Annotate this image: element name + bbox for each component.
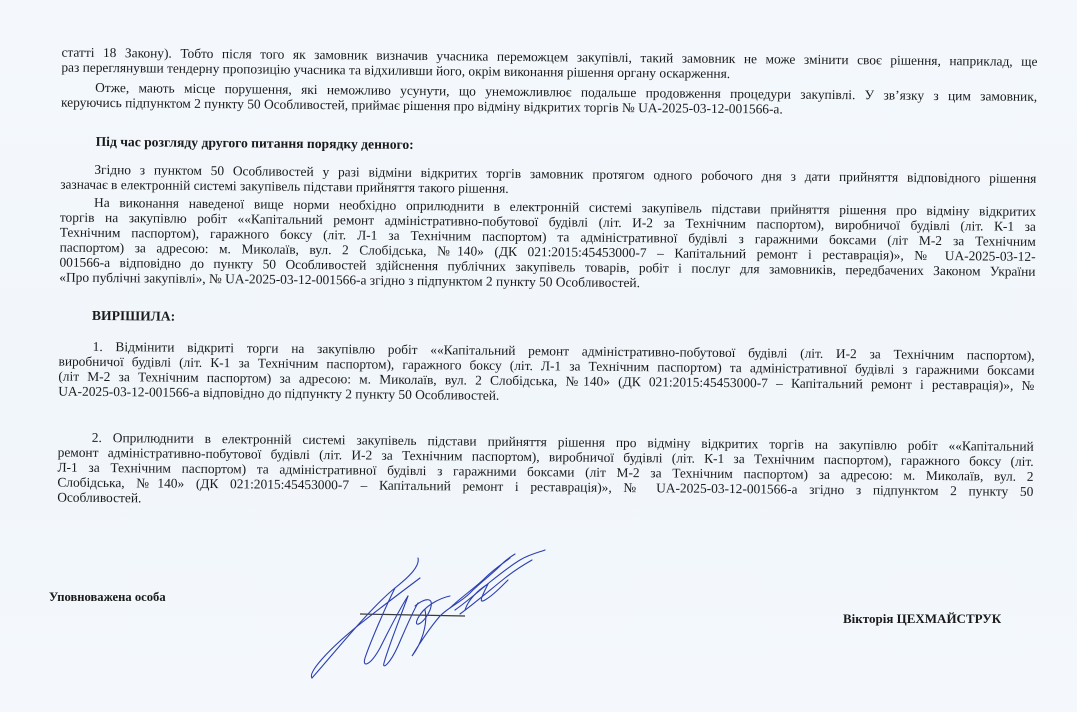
violations-paragraph: Отже, мають місце порушення, які неможли… xyxy=(0,0,1077,10)
decision-heading: ВИРІШИЛА: xyxy=(92,309,175,324)
publication-paragraph: На виконання наведеної вище норми необхі… xyxy=(0,0,1077,10)
second-agenda-item-heading: Під час розгляду другого питання порядку… xyxy=(96,135,414,152)
signer-name: Вікторія ЦЕХМАЙСТРУК xyxy=(843,611,1001,627)
text-line: «Про публічні закупівлі», № UA-2025-03-1… xyxy=(59,271,640,291)
handwritten-signature xyxy=(300,548,620,688)
document-body: статті 18 Закону). Тобто після того як з… xyxy=(0,0,1077,10)
point50-paragraph: Згідно з пунктом 50 Особливостей у разі … xyxy=(0,0,1077,10)
decision-item-1: 1. Відмінити відкриті торги на закупівлю… xyxy=(0,0,1077,10)
text-line: зазначає в електронній системі закупівел… xyxy=(60,178,509,196)
text-line: UA-2025-03-12-001566-а відповідно до під… xyxy=(58,385,499,403)
scanned-document-page: статті 18 Закону). Тобто після того як з… xyxy=(0,0,1077,712)
decision-item-2: 2. Оприлюднити в електронній системі зак… xyxy=(0,0,1077,10)
text-line: Особливостей. xyxy=(57,491,141,506)
intro-paragraph: статті 18 Закону). Тобто після того як з… xyxy=(0,0,1077,10)
authorized-person-label: Уповноважена особа xyxy=(49,590,166,605)
